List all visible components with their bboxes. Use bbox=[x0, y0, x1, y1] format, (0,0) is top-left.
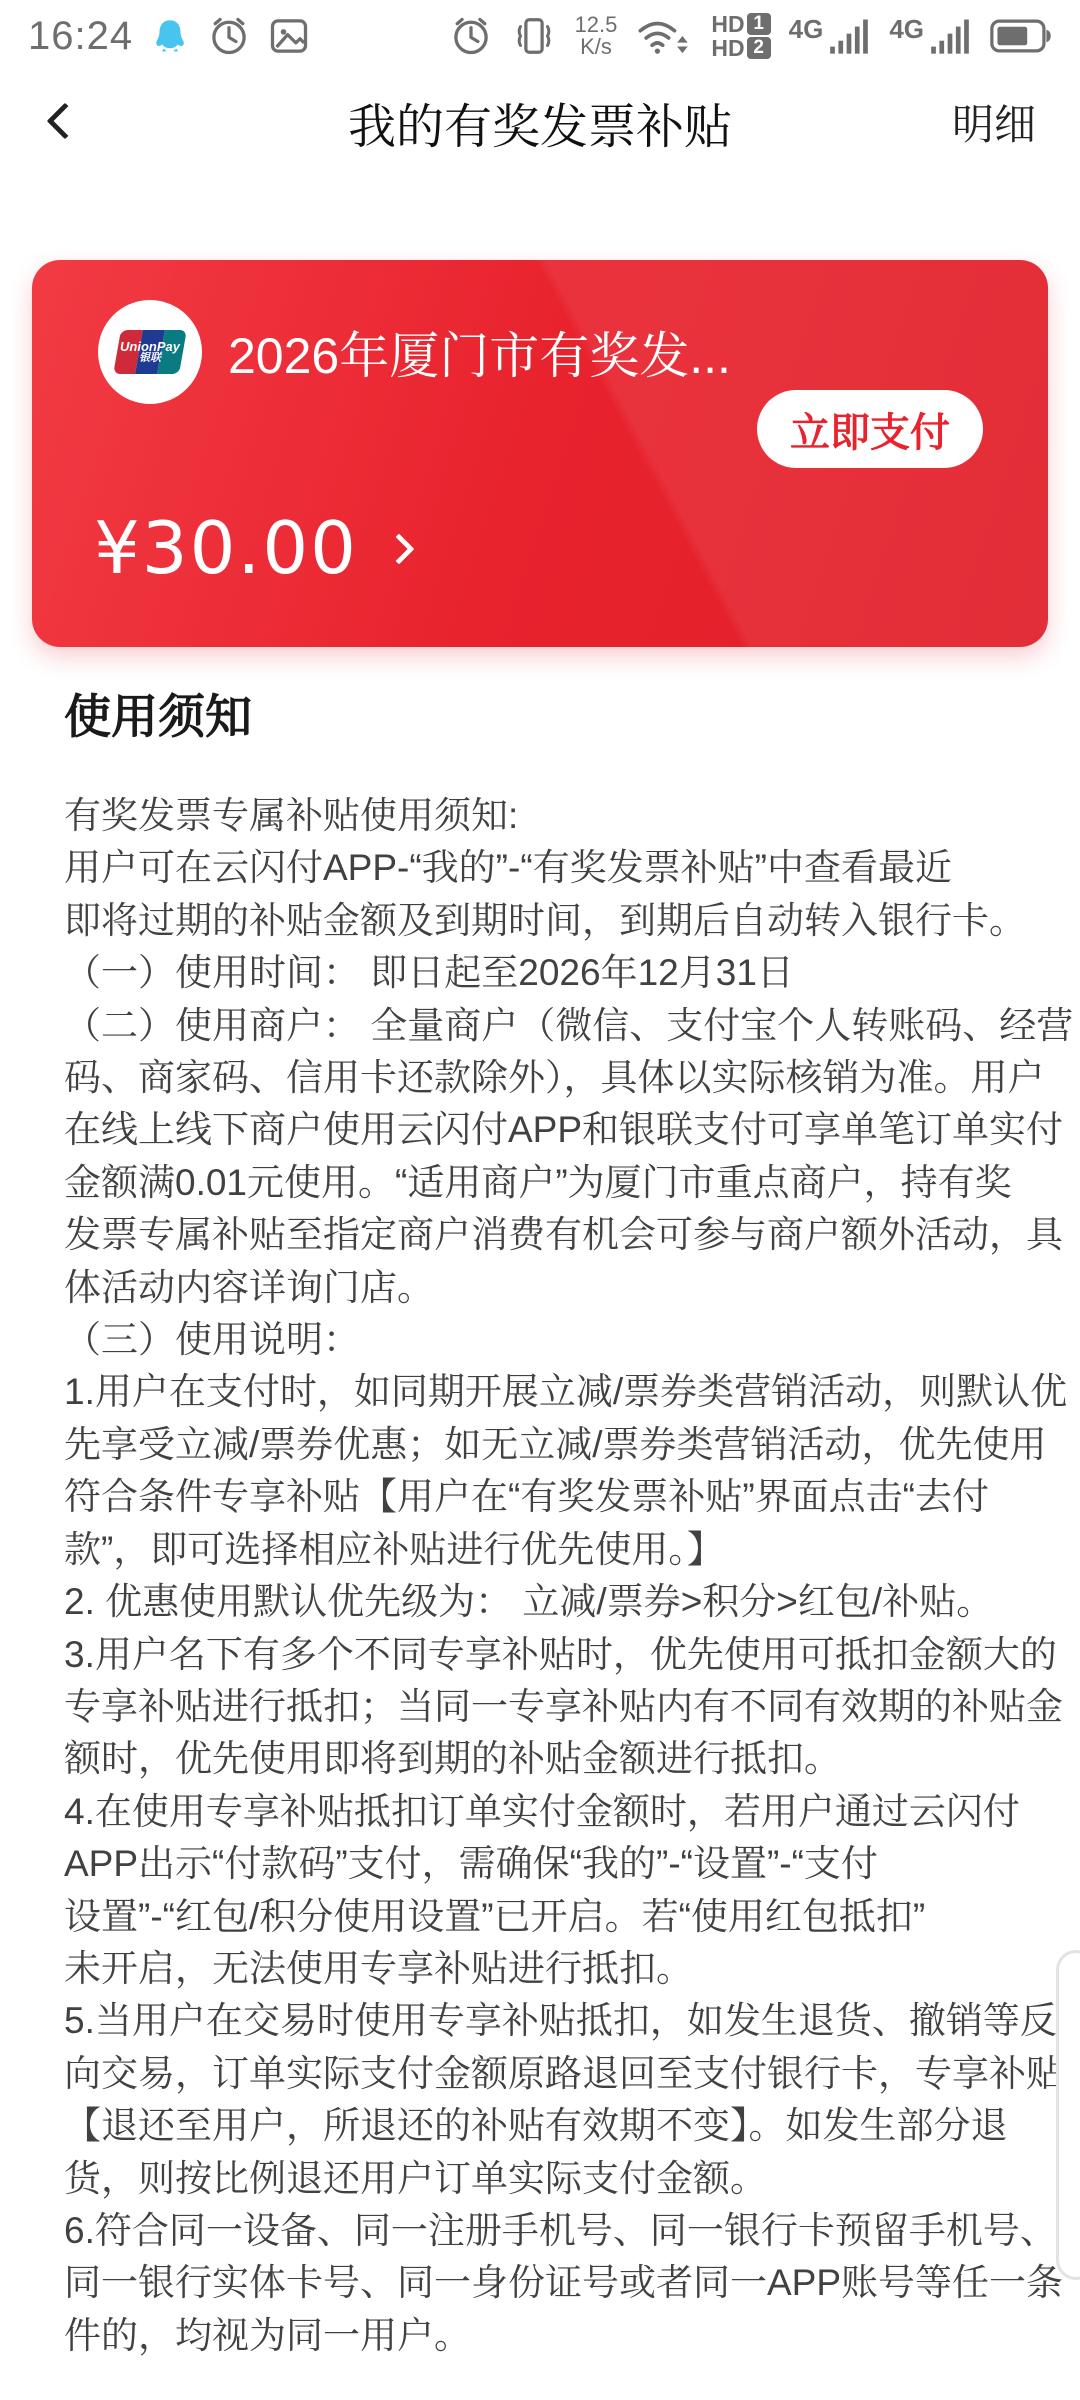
notice-body: 有奖发票专属补贴使用须知: 用户可在云闪付APP-“我的”-“有奖发票补贴”中查… bbox=[64, 790, 1064, 2362]
alarm-icon bbox=[449, 14, 493, 58]
subsidy-amount-row[interactable]: ¥30.00 bbox=[94, 498, 410, 598]
nav-header: 我的有奖发票补贴 明细 bbox=[0, 72, 1080, 172]
unionpay-wordmark: UnionPay 银联 bbox=[117, 330, 183, 374]
signal-bars-icon bbox=[827, 16, 871, 56]
status-bar-left: 16:24 bbox=[28, 14, 311, 59]
subsidy-amount: ¥30.00 bbox=[94, 506, 358, 590]
clock-time: 16:24 bbox=[28, 14, 133, 59]
hd-voice-badge: HD1 HD2 bbox=[711, 12, 770, 60]
battery-icon bbox=[990, 18, 1052, 54]
network-speed: 12.5 K/s bbox=[575, 14, 618, 58]
status-bar-right: 12.5 K/s HD1 HD2 4G bbox=[449, 12, 1052, 60]
wifi-icon bbox=[635, 14, 693, 58]
scrollbar[interactable] bbox=[1056, 1950, 1080, 2280]
subsidy-card[interactable]: UnionPay 银联 2026年厦门市有奖发... 立即支付 ¥30.00 bbox=[32, 260, 1048, 647]
signal-bars-icon bbox=[928, 16, 972, 56]
notice-heading: 使用须知 bbox=[64, 680, 252, 747]
chevron-right-icon bbox=[383, 533, 414, 564]
screen: 16:24 bbox=[0, 0, 1080, 2400]
alarm-clock-icon bbox=[207, 14, 251, 58]
vibrate-icon bbox=[511, 14, 557, 58]
page-title: 我的有奖发票补贴 bbox=[0, 72, 1080, 172]
sim1-signal: 4G bbox=[789, 16, 872, 56]
gallery-icon bbox=[267, 14, 311, 58]
pay-now-button[interactable]: 立即支付 bbox=[757, 390, 983, 468]
subsidy-title: 2026年厦门市有奖发... bbox=[228, 300, 731, 404]
sim2-signal: 4G bbox=[889, 16, 972, 56]
status-bar: 16:24 bbox=[0, 0, 1080, 72]
detail-link[interactable]: 明细 bbox=[952, 72, 1036, 172]
qq-penguin-icon bbox=[149, 14, 191, 58]
unionpay-logo: UnionPay 银联 bbox=[98, 300, 202, 404]
